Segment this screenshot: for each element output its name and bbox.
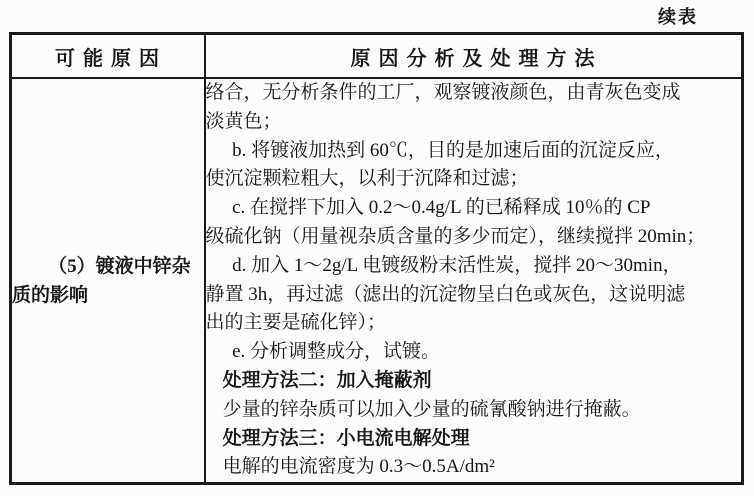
text-line: 少量的锌杂质可以加入少量的硫氰酸钠进行掩蔽。: [223, 396, 741, 425]
text-line: 出的主要是硫化锌）；: [206, 309, 742, 338]
text-line: 质的影响: [12, 281, 204, 310]
text-line: 静置 3h，再过滤（滤出的沉淀物呈白色或灰色，这说明滤: [206, 281, 742, 310]
text-line: 淡黄色；: [206, 108, 742, 137]
text-line: 处理方法三：小电流电解处理: [223, 425, 741, 454]
analysis-cell: 络合，无分析条件的工厂，观察镀液颜色，由青灰色变成淡黄色；b. 将镀液加热到 6…: [205, 78, 743, 484]
scanned-book-page: 续表 可 能 原 因 原 因 分 析 及 处 理 方 法 （5）镀液中锌杂质的影…: [0, 0, 754, 496]
cause-cell-lines: （5）镀液中锌杂质的影响: [12, 252, 204, 310]
cause-cell: （5）镀液中锌杂质的影响: [11, 78, 205, 484]
text-line: 级硫化钠（用量视杂质含量的多少而定），继续搅拌 20min；: [206, 223, 742, 252]
text-line: （5）镀液中锌杂: [48, 252, 203, 281]
troubleshooting-table: 可 能 原 因 原 因 分 析 及 处 理 方 法 （5）镀液中锌杂质的影响 络…: [9, 32, 744, 485]
text-line: 处理方法二：加入掩蔽剂: [223, 367, 741, 396]
text-line: 使沉淀颗粒粗大，以利于沉降和过滤；: [206, 165, 742, 194]
analysis-cell-lines: 络合，无分析条件的工厂，观察镀液颜色，由青灰色变成淡黄色；b. 将镀液加热到 6…: [206, 79, 742, 482]
table-row: （5）镀液中锌杂质的影响 络合，无分析条件的工厂，观察镀液颜色，由青灰色变成淡黄…: [11, 78, 743, 484]
text-line: 络合，无分析条件的工厂，观察镀液颜色，由青灰色变成: [206, 79, 742, 108]
text-line: d. 加入 1～2g/L 电镀级粉末活性炭，搅拌 20～30min，: [232, 252, 741, 281]
column-header-possible-cause: 可 能 原 因: [11, 34, 205, 79]
table-header-row: 可 能 原 因 原 因 分 析 及 处 理 方 法: [11, 34, 743, 79]
column-header-cause-analysis-treatment: 原 因 分 析 及 处 理 方 法: [205, 34, 743, 79]
text-line: b. 将镀液加热到 60℃，目的是加速后面的沉淀反应，: [232, 137, 741, 166]
text-line: 电解的电流密度为 0.3～0.5A/dm²: [223, 453, 741, 482]
text-line: e. 分析调整成分，试镀。: [232, 338, 741, 367]
continued-table-label: 续表: [658, 3, 698, 29]
text-line: c. 在搅拌下加入 0.2～0.4g/L 的已稀释成 10％的 CP: [232, 194, 741, 223]
